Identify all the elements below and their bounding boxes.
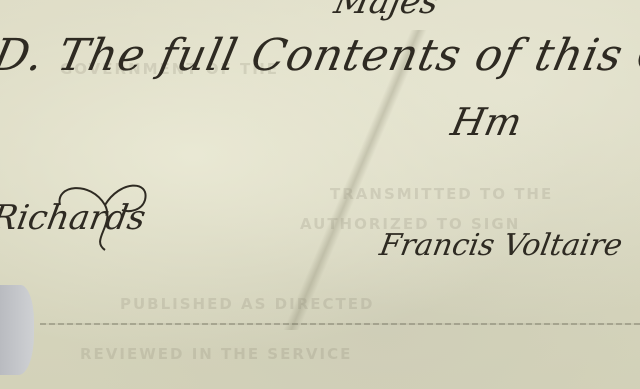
signature-right: Francis Voltaire [377,228,625,263]
fold-line [40,323,640,325]
signature-left: Richards [0,198,149,238]
bleed-through-text: REVIEWED IN THE SERVICE [80,345,352,363]
initial-mark: Hm [447,100,526,144]
wax-seal-fragment [0,285,34,375]
main-handwritten-line: D. The full Contents of this Order [0,30,640,81]
top-fragment-text: Majes [331,0,443,22]
